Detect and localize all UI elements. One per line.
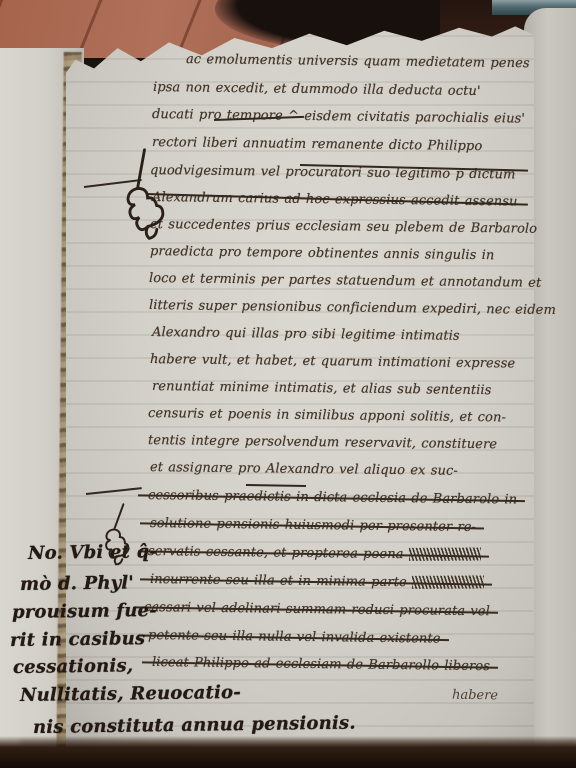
- manuscript-line-text: servatis cessante, et propterea poena: [148, 544, 404, 562]
- margin-note-line: Nullitatis, Reuocatio-: [20, 682, 241, 706]
- margin-note-line: cessationis,: [13, 655, 134, 678]
- margin-note-line: rit in casibus: [10, 628, 146, 651]
- margin-note-line: mò d. Phyl': [20, 572, 134, 595]
- ink-scribble: [412, 575, 484, 588]
- catchword: habere: [452, 688, 498, 704]
- page-bottom-edge: [20, 740, 576, 752]
- margin-note-line: prouisum fue-: [12, 600, 157, 623]
- manuscript-photo: ac emolumentis universis quam medietatem…: [0, 0, 576, 768]
- ink-scribble: [409, 547, 481, 560]
- manuscript-line-text: incurrente seu illa et in minima parte: [150, 572, 407, 590]
